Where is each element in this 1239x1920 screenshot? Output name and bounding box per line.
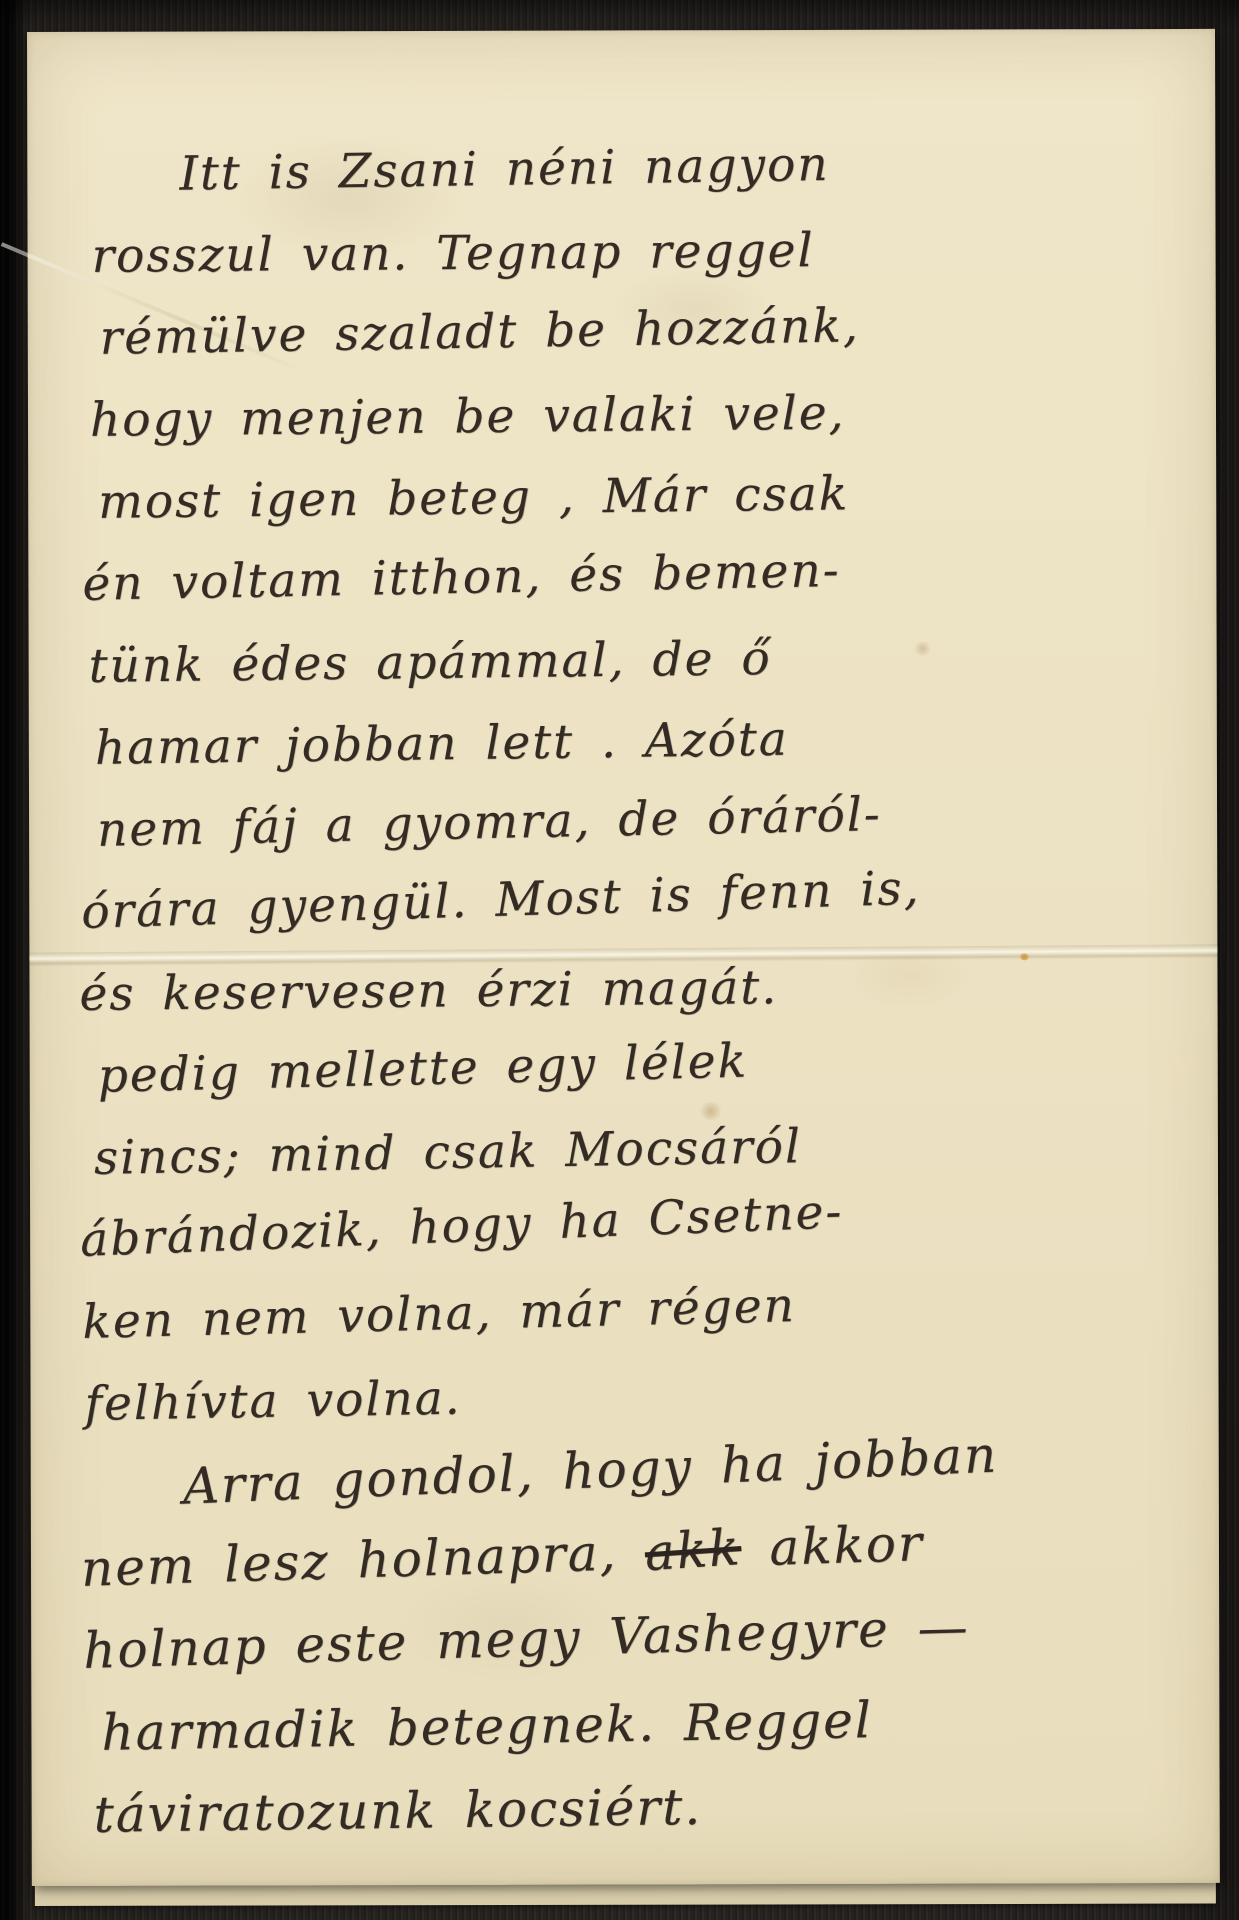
handwriting-segment: ken nem volna, már régen — [82, 1278, 797, 1350]
handwriting-segment: hamar jobban lett . Azóta — [95, 712, 790, 776]
handwriting-segment: holnap este megy Vashegyre — — [82, 1598, 970, 1680]
handwriting-line: táviratozunk kocsiért. — [93, 1759, 1212, 1856]
handwriting-segment: nem lesz holnapra, — [80, 1523, 646, 1598]
handwriting-line: rémülve szaladt be hozzánk, — [99, 279, 1208, 379]
handwriting-segment: órára gyengül. Most is fenn is, — [81, 861, 922, 940]
handwriting-line: hogy menjen be valaki vele, — [90, 369, 1209, 462]
handwriting-segment: harmadik betegnek. Reggel — [101, 1691, 873, 1762]
handwriting-segment: pedig mellette egy lélek — [97, 1034, 749, 1104]
handwriting-segment: rosszul van. Tegnap reggel — [91, 223, 814, 284]
handwriting-line: Itt is Zsani néni nagyon — [179, 118, 1208, 215]
handwriting-segment: hogy menjen be valaki vele, — [90, 386, 846, 448]
handwriting-segment: táviratozunk kocsiért. — [93, 1778, 702, 1844]
handwriting-segment: nem fáj a gyomra, de óráról- — [97, 787, 883, 858]
handwriting-segment: én voltam itthon, és bemen- — [82, 543, 841, 612]
handwriting-segment: most igen beteg , Már csak — [98, 466, 850, 530]
handwriting-line: harmadik betegnek. Reggel — [101, 1673, 1212, 1773]
handwriting-segment: Itt is Zsani néni nagyon — [179, 137, 830, 202]
handwriting-segment: felhívta volna. — [84, 1371, 462, 1432]
handwriting-text: Itt is Zsani néni nagyonrosszul van. Teg… — [87, 131, 1212, 1856]
handwriting-segment: akkor — [741, 1514, 925, 1578]
handwriting-line: tünk édes apámmal, de ő — [88, 613, 1209, 708]
letter-page: Itt is Zsani néni nagyonrosszul van. Teg… — [27, 29, 1220, 1886]
handwriting-segment: ábrándozik, hogy ha Csetne- — [79, 1184, 844, 1268]
crossed-out-word: akk — [643, 1506, 745, 1594]
handwriting-segment: és keservesen érzi magát. — [79, 960, 778, 1022]
handwriting-segment: rémülve szaladt be hozzánk, — [99, 298, 860, 366]
photo-background: Itt is Zsani néni nagyonrosszul van. Teg… — [0, 0, 1239, 1920]
handwriting-segment: tünk édes apámmal, de ő — [88, 631, 772, 694]
